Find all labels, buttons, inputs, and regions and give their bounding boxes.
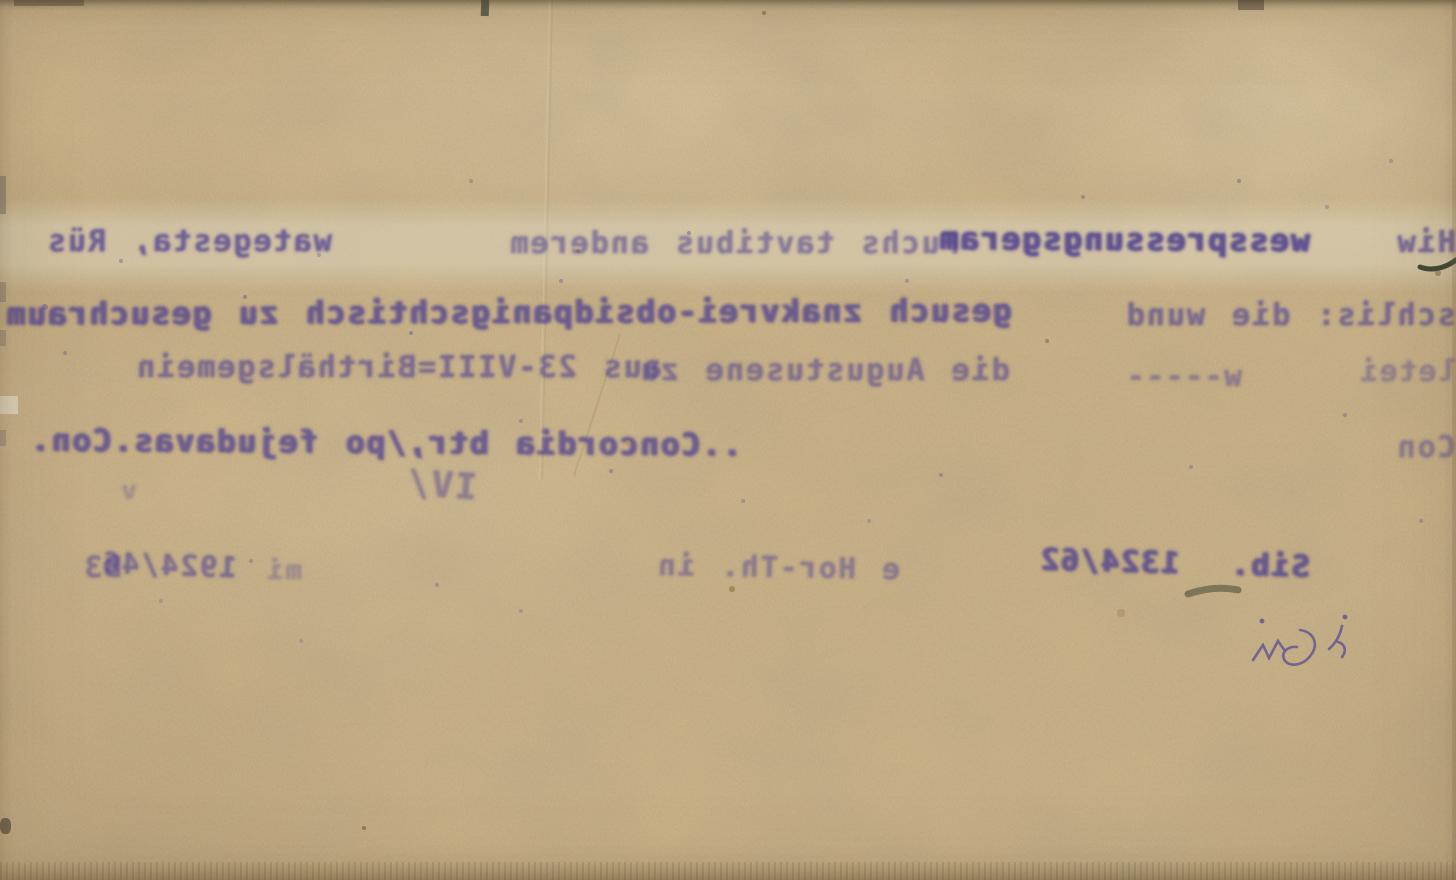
ink-marks [0, 0, 1456, 880]
edge-streak [0, 282, 6, 302]
scan-edge-top-tick [481, 0, 490, 16]
edge-dark-blob [0, 818, 11, 834]
edge-streak [0, 330, 6, 346]
scan-edge-top-dark-segment [14, 0, 84, 6]
scan-edge-right [1452, 0, 1456, 880]
edge-streak-light [0, 396, 18, 414]
edge-streak [0, 430, 6, 446]
scan-edge-left [0, 0, 12, 880]
scan-edge-bottom [0, 862, 1456, 880]
edge-streak [0, 176, 6, 214]
pen-stroke-top-right [1420, 260, 1456, 269]
handwritten-ink-squiggle [1253, 615, 1347, 665]
pencil-underline [1188, 588, 1238, 594]
scanned-document-verso: Hiw wesspressungsgeram Fuchs tavtibus an… [0, 0, 1456, 880]
scan-edge-top-dark-segment-2 [1238, 0, 1264, 10]
